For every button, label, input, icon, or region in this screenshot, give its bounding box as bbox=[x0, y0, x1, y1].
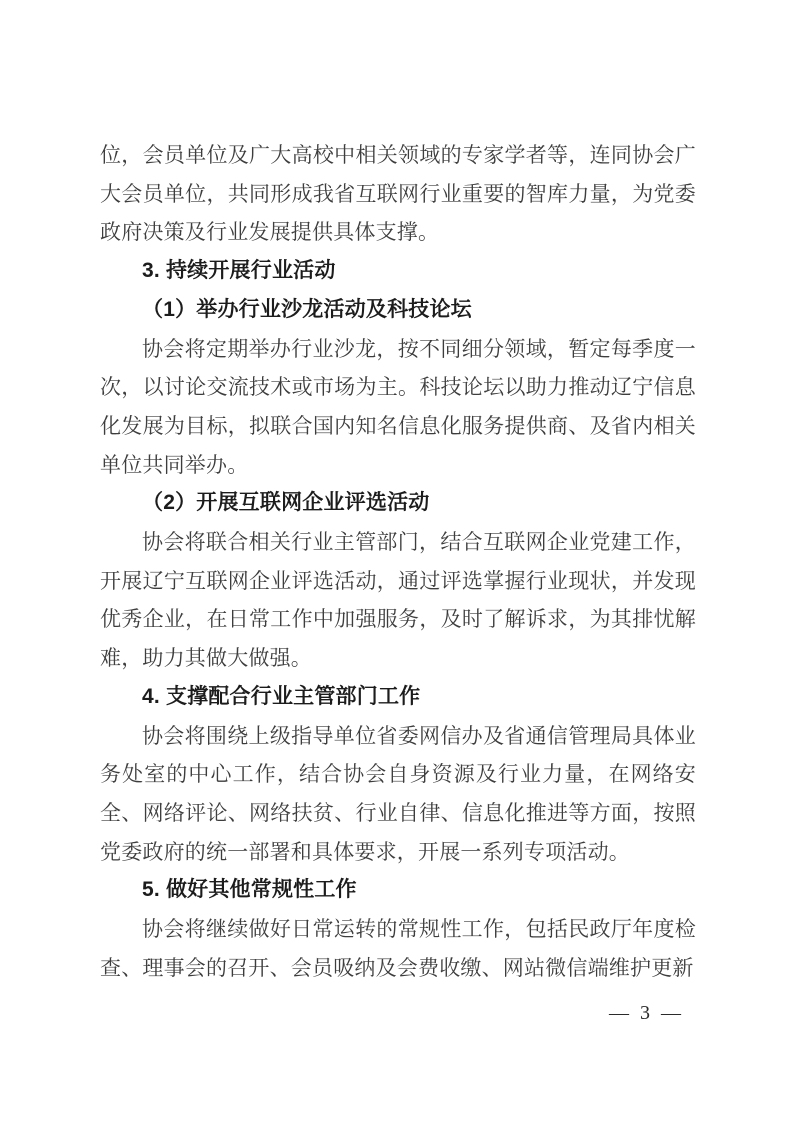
heading-3-1-salon-forum: （1）举办行业沙龙活动及科技论坛 bbox=[100, 291, 696, 330]
heading-3-2-enterprise-selection: （2）开展互联网企业评选活动 bbox=[100, 484, 696, 523]
paragraph-continuation: 位，会员单位及广大高校中相关领域的专家学者等，连同协会广大会员单位，共同形成我省… bbox=[100, 136, 696, 252]
paragraph-enterprise-selection: 协会将联合相关行业主管部门，结合互联网企业党建工作，开展辽宁互联网企业评选活动，… bbox=[100, 523, 696, 678]
document-page: 位，会员单位及广大高校中相关领域的专家学者等，连同协会广大会员单位，共同形成我省… bbox=[0, 0, 793, 1122]
heading-5-routine-work: 5. 做好其他常规性工作 bbox=[100, 871, 696, 910]
page-number: — 3 — bbox=[609, 1002, 681, 1025]
document-body: 位，会员单位及广大高校中相关领域的专家学者等，连同协会广大会员单位，共同形成我省… bbox=[100, 136, 696, 987]
heading-4-support-authorities: 4. 支撑配合行业主管部门工作 bbox=[100, 678, 696, 717]
paragraph-routine-work: 协会将继续做好日常运转的常规性工作，包括民政厅年度检查、理事会的召开、会员吸纳及… bbox=[100, 910, 696, 987]
paragraph-salon-forum: 协会将定期举办行业沙龙，按不同细分领域，暂定每季度一次，以讨论交流技术或市场为主… bbox=[100, 330, 696, 485]
heading-3-industry-activities: 3. 持续开展行业活动 bbox=[100, 252, 696, 291]
paragraph-support-authorities: 协会将围绕上级指导单位省委网信办及省通信管理局具体业务处室的中心工作，结合协会自… bbox=[100, 717, 696, 872]
